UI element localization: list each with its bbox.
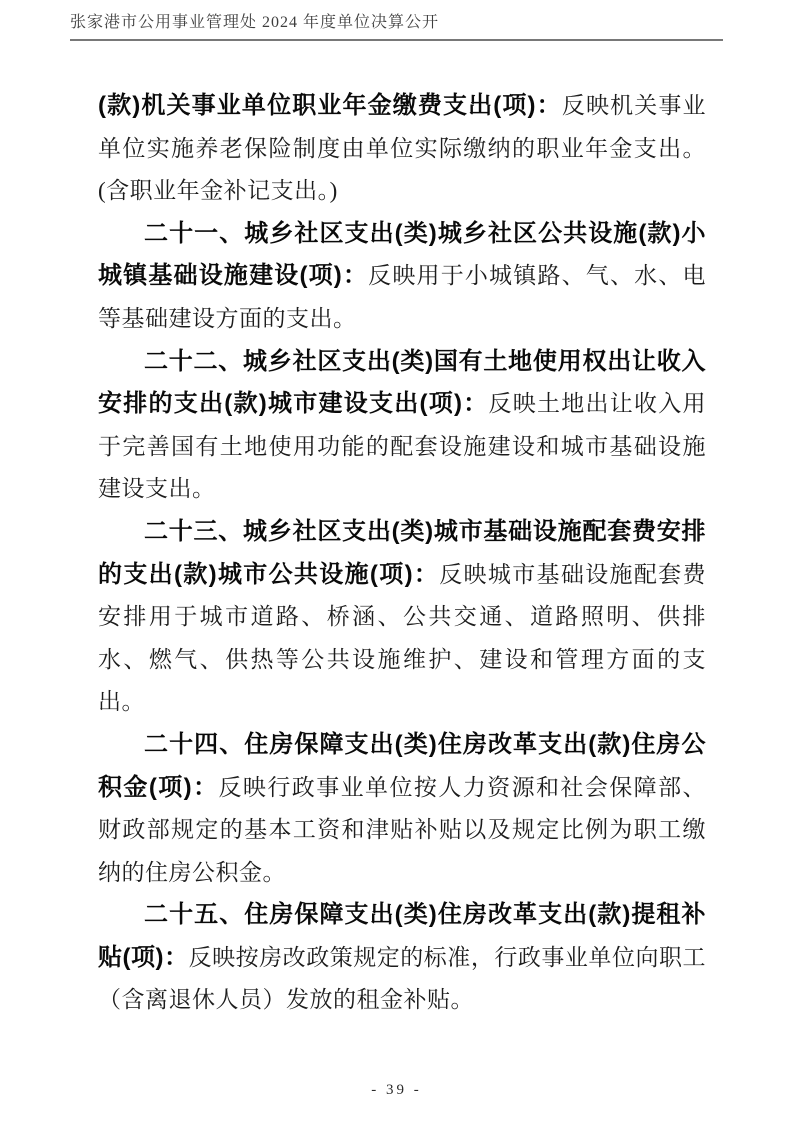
page-footer: - 39 - <box>0 1081 793 1099</box>
paragraph: 二十二、城乡社区支出(类)国有土地使用权出让收入安排的支出(款)城市建设支出(项… <box>98 341 706 511</box>
document-page: 张家港市公用事业管理处 2024 年度单位决算公开 (款)机关事业单位职业年金缴… <box>0 0 793 1122</box>
paragraph: 二十四、住房保障支出(类)住房改革支出(款)住房公积金(项)：反映行政事业单位按… <box>98 724 706 894</box>
paragraph: 二十三、城乡社区支出(类)城市基础设施配套费安排的支出(款)城市公共设施(项)：… <box>98 511 706 724</box>
header-rule <box>70 39 723 41</box>
paragraph: 二十一、城乡社区支出(类)城乡社区公共设施(款)小城镇基础设施建设(项)：反映用… <box>98 213 706 341</box>
paragraph-lead: (款)机关事业单位职业年金缴费支出(项)： <box>98 92 562 119</box>
paragraph-text: 反映按房改政策规定的标准，行政事业单位向职工（含离退休人员）发放的租金补贴。 <box>98 945 706 1013</box>
header-title: 张家港市公用事业管理处 2024 年度单位决算公开 <box>70 9 723 32</box>
paragraph: (款)机关事业单位职业年金缴费支出(项)：反映机关事业单位实施养老保险制度由单位… <box>98 85 706 213</box>
page-header: 张家港市公用事业管理处 2024 年度单位决算公开 <box>70 9 723 41</box>
paragraph: 二十五、住房保障支出(类)住房改革支出(款)提租补贴(项)：反映按房改政策规定的… <box>98 894 706 1022</box>
page-number: - 39 - <box>371 1082 422 1098</box>
document-body: (款)机关事业单位职业年金缴费支出(项)：反映机关事业单位实施养老保险制度由单位… <box>98 85 706 1022</box>
